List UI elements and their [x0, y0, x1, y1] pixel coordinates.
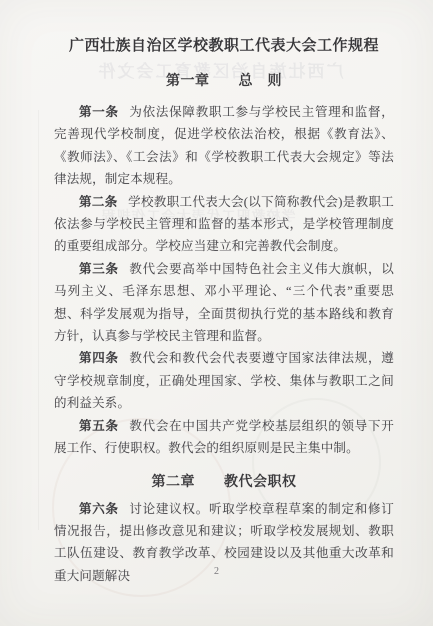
- article-3-label: 第三条: [79, 262, 119, 276]
- article-4-label: 第四条: [79, 351, 119, 365]
- scanned-document-page: 广西壮族自治区教育工会文件 学校教职工代表大会工作规程 广西壮族自治区学校教职工…: [0, 0, 433, 626]
- article-2-paragraph: 第二条学校教职工代表大会(以下简称教代会)是教职工依法参与学校民主管理和监督的基…: [54, 191, 394, 258]
- page-number: 2: [0, 566, 433, 577]
- article-1-label: 第一条: [79, 105, 119, 119]
- chapter-1-heading: 第一章 总 则: [54, 72, 394, 91]
- article-5-paragraph: 第五条教代会在中国共产党学校基层组织的领导下开展工作、行使职权。教代会的组织原则…: [54, 415, 394, 460]
- page-crease-line: [38, 110, 39, 530]
- article-1-paragraph: 第一条为依法保障教职工参与学校民主管理和监督，完善现代学校制度，促进学校依法治校…: [54, 101, 394, 191]
- article-3-paragraph: 第三条教代会要高举中国特色社会主义伟大旗帜，以马列主义、毛泽东思想、邓小平理论、…: [54, 258, 394, 348]
- document-body: 广西壮族自治区学校教职工代表大会工作规程 第一章 总 则 第一条为依法保障教职工…: [54, 0, 394, 587]
- article-4-paragraph: 第四条教代会和教代会代表要遵守国家法律法规，遵守学校规章制度，正确处理国家、学校…: [54, 347, 394, 414]
- article-6-label: 第六条: [79, 502, 119, 516]
- document-title: 广西壮族自治区学校教职工代表大会工作规程: [54, 36, 394, 56]
- article-2-label: 第二条: [79, 195, 118, 209]
- article-5-label: 第五条: [79, 419, 119, 433]
- chapter-2-heading: 第二章 教代会职权: [54, 474, 394, 492]
